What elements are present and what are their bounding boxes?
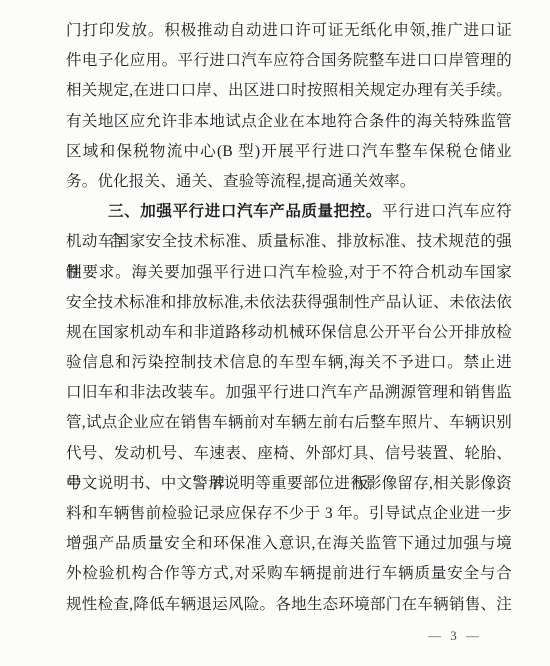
text-line: 有关地区应允许非本地试点企业在本地符合条件的海关特殊监管 (66, 107, 512, 137)
text-line: 务。优化报关、通关、查验等流程,提高通关效率。 (66, 167, 512, 197)
text-line: 区域和保税物流中心(B 型)开展平行进口汽车整车保税仓储业 (66, 137, 512, 167)
text-line: 性要求。海关要加强平行进口汽车检验,对于不符合机动车国家 (66, 258, 512, 288)
text-line: 增强产品质量安全和环保准入意识,在海关监管下通过加强与境 (66, 529, 512, 559)
text-line: 规在国家机动车和非道路移动机械环保信息公开平台公开排放检 (66, 318, 512, 348)
text-line: 安全技术标准和排放标准,未依法获得强制性产品认证、未依法依 (66, 288, 512, 318)
text-line: 规性检查,降低车辆退运风险。各地生态环境部门在车辆销售、注 (66, 590, 512, 620)
text-line: 件电子化应用。平行进口汽车应符合国务院整车进口口岸管理的 (66, 46, 512, 76)
text-line: 口旧车和非法改装车。加强平行进口汽车产品溯源管理和销售监 (66, 378, 512, 408)
page-number: — 3 — (428, 628, 482, 644)
document-body: 门打印发放。积极推动自动进口许可证无纸化申领,推广进口证 件电子化应用。平行进口… (66, 16, 512, 620)
text-line: 验信息和污染控制技术信息的车型车辆,海关不予进口。禁止进 (66, 348, 512, 378)
text-line: 代号、发动机号、车速表、座椅、外部灯具、信号装置、轮胎、号牌板、 (66, 439, 512, 469)
text-line: 管,试点企业应在销售车辆前对车辆左前右后整车照片、车辆识别 (66, 408, 512, 438)
text-line: 机动车国家安全技术标准、质量标准、排放标准、技术规范的强制 (66, 227, 512, 257)
text-line: 外检验机构合作等方式,对采购车辆提前进行车辆质量安全与合 (66, 559, 512, 589)
section-heading-bold: 三、加强平行进口汽车产品质量把控。 (108, 203, 382, 220)
scanned-document-page: 门打印发放。积极推动自动进口许可证无纸化申领,推广进口证 件电子化应用。平行进口… (0, 0, 550, 666)
text-line: 中文说明书、中文警示说明等重要部位进行影像留存,相关影像资 (66, 469, 512, 499)
section-heading-line: 三、加强平行进口汽车产品质量把控。平行进口汽车应符合 (66, 197, 512, 227)
text-line: 料和车辆售前检验记录应保存不少于 3 年。引导试点企业进一步 (66, 499, 512, 529)
text-line: 相关规定,在进口口岸、出区进口时按照相关规定办理有关手续。 (66, 76, 512, 106)
text-line: 门打印发放。积极推动自动进口许可证无纸化申领,推广进口证 (66, 16, 512, 46)
